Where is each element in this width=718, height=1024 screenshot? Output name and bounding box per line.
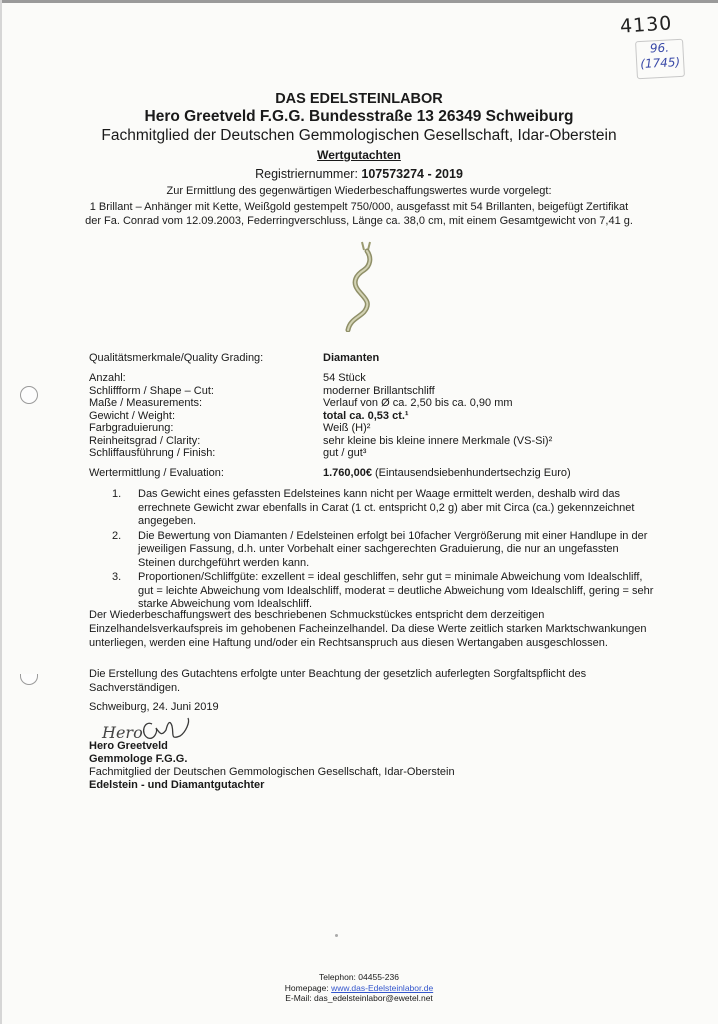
scan-speck: [335, 934, 338, 937]
grading-header-label: Qualitätsmerkmale/Quality Grading:: [89, 352, 263, 365]
email-label: E-Mail:: [285, 993, 311, 1003]
handwritten-box-line2: (1745): [637, 55, 684, 72]
row-label-count: Anzahl:: [89, 372, 215, 385]
row-value-finish: gut / gut³: [323, 447, 552, 460]
intro-text: Zur Ermittlung des gegenwärtigen Wiederb…: [0, 185, 718, 197]
description-line-2: der Fa. Conrad vom 12.09.2003, Federring…: [0, 214, 718, 228]
row-label-color: Farbgraduierung:: [89, 422, 215, 435]
grading-values: 54 Stück moderner Brillantschliff Verlau…: [323, 372, 552, 460]
homepage-label: Homepage:: [285, 983, 329, 993]
row-value-cut: moderner Brillantschliff: [323, 385, 552, 398]
footer: Telephon: 04455-236 Homepage: www.das-Ed…: [0, 972, 718, 1004]
row-label-finish: Schliffausführung / Finish:: [89, 447, 215, 460]
email-address: das_edelsteinlabor@ewetel.net: [314, 993, 433, 1003]
footer-homepage: Homepage: www.das-Edelsteinlabor.de: [0, 983, 718, 994]
lab-membership: Fachmitglied der Deutschen Gemmologische…: [0, 127, 718, 145]
evaluation-words: (Eintausendsiebenhundertsechzig Euro): [372, 467, 571, 479]
signer-membership: Fachmitglied der Deutschen Gemmologische…: [89, 766, 455, 779]
phone-number: 04455-236: [358, 972, 399, 982]
signer-name: Hero Greetveld: [89, 740, 455, 753]
handwritten-number: 4130: [619, 12, 673, 38]
grading-labels: Anzahl: Schliffform / Shape – Cut: Maße …: [89, 372, 215, 460]
footnote-text: Das Gewicht eines gefassten Edelsteines …: [138, 488, 634, 527]
row-label-measurements: Maße / Measurements:: [89, 397, 215, 410]
homepage-link[interactable]: www.das-Edelsteinlabor.de: [331, 983, 433, 993]
row-value-clarity: sehr kleine bis kleine innere Merkmale (…: [323, 435, 552, 448]
evaluation-label: Wertermittlung / Evaluation:: [89, 467, 224, 480]
footnote-text: Die Bewertung von Diamanten / Edelsteine…: [138, 530, 647, 569]
item-description: 1 Brillant – Anhänger mit Kette, Weißgol…: [0, 200, 718, 228]
registration-label: Registriernummer:: [255, 167, 358, 181]
scan-top-edge: [0, 0, 718, 3]
signer-title: Gemmologe F.G.G.: [89, 753, 455, 766]
punch-hole-top: [20, 386, 38, 404]
phone-label: Telephon:: [319, 972, 356, 982]
signature-details: Hero Greetveld Gemmologe F.G.G. Fachmitg…: [89, 740, 455, 792]
snake-pendant-image: [340, 240, 380, 332]
row-value-color: Weiß (H)²: [323, 422, 552, 435]
disclaimer-paragraph: Der Wiederbeschaffungswert des beschrieb…: [89, 609, 649, 650]
footnote-number: 1.: [112, 488, 121, 502]
grading-header-value: Diamanten: [323, 352, 379, 365]
footer-phone: Telephon: 04455-236: [0, 972, 718, 983]
footnote-text: Proportionen/Schliffgüte: exzellent = id…: [138, 571, 653, 610]
footnote-1: 1. Das Gewicht eines gefassten Edelstein…: [112, 488, 657, 529]
lab-name: DAS EDELSTEINLABOR: [0, 91, 718, 107]
row-label-cut: Schliffform / Shape – Cut:: [89, 385, 215, 398]
row-label-weight: Gewicht / Weight:: [89, 410, 215, 423]
footnote-2: 2. Die Bewertung von Diamanten / Edelste…: [112, 530, 657, 571]
footnote-3: 3. Proportionen/Schliffgüte: exzellent =…: [112, 571, 657, 612]
document-title: Wertgutachten: [0, 148, 718, 162]
footnotes: 1. Das Gewicht eines gefassten Edelstein…: [112, 488, 657, 612]
punch-hole-bottom: [20, 674, 38, 685]
evaluation-value: 1.760,00€ (Eintausendsiebenhundertsechzi…: [323, 467, 571, 480]
registration-number: 107573274 - 2019: [361, 167, 462, 181]
row-value-weight: total ca. 0,53 ct.¹: [323, 410, 552, 423]
footnote-number: 3.: [112, 571, 121, 585]
footnote-number: 2.: [112, 530, 121, 544]
footer-email: E-Mail: das_edelsteinlabor@ewetel.net: [0, 993, 718, 1004]
registration: Registriernummer: 107573274 - 2019: [0, 167, 718, 181]
row-value-count: 54 Stück: [323, 372, 552, 385]
lab-address: Hero Greetveld F.G.G. Bundesstraße 13 26…: [0, 108, 718, 126]
description-line-1: 1 Brillant – Anhänger mit Kette, Weißgol…: [0, 200, 718, 214]
handwritten-box: 96. (1745): [635, 39, 685, 79]
row-value-measurements: Verlauf von Ø ca. 2,50 bis ca. 0,90 mm: [323, 397, 552, 410]
evaluation-amount: 1.760,00€: [323, 467, 372, 479]
signer-role: Edelstein - und Diamantgutachter: [89, 779, 455, 792]
row-label-clarity: Reinheitsgrad / Clarity:: [89, 435, 215, 448]
diligence-paragraph: Die Erstellung des Gutachtens erfolgte u…: [89, 668, 649, 696]
